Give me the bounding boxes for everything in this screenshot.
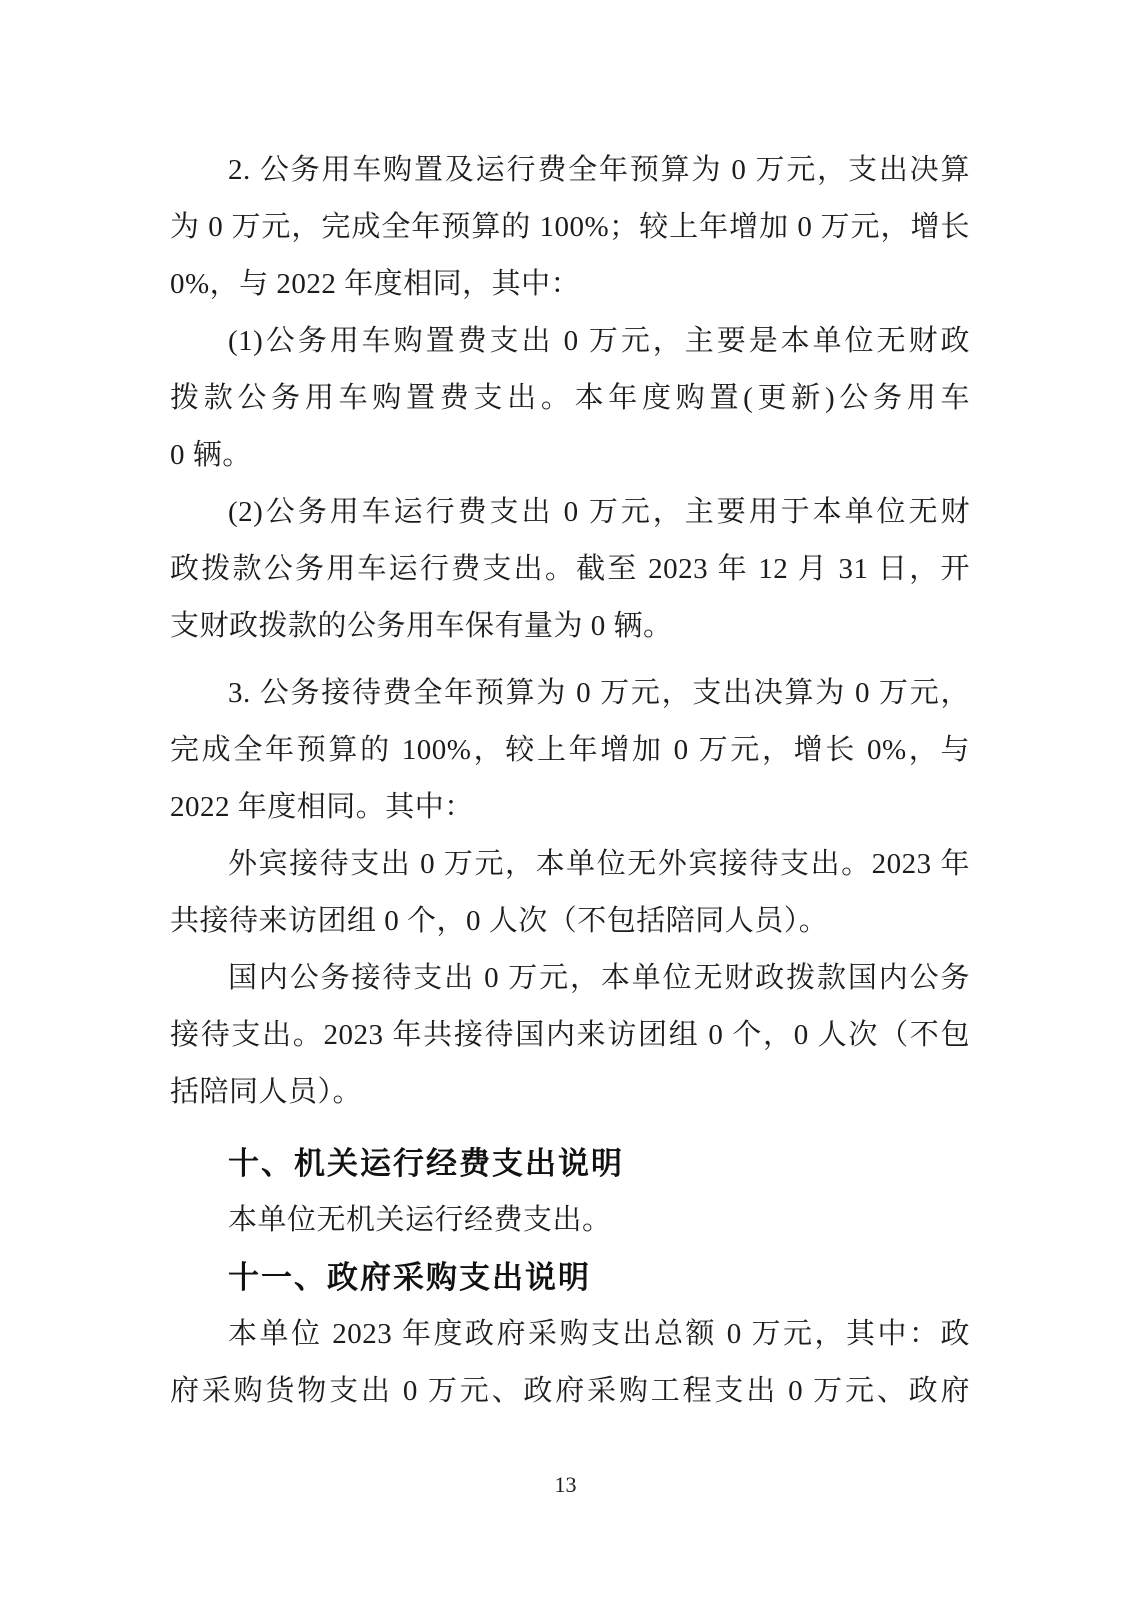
text-line: 本单位无机关运行经费支出。: [170, 1192, 970, 1249]
text-line: (2)公务用车运行费支出 0 万元，主要用于本单位无财: [170, 484, 970, 541]
text-line: 府采购货物支出 0 万元、政府采购工程支出 0 万元、政府: [170, 1363, 970, 1420]
text-line: 国内公务接待支出 0 万元，本单位无财政拨款国内公务: [170, 950, 970, 1007]
text-line: 支财政拨款的公务用车保有量为 0 辆。: [170, 598, 970, 655]
text-line: 拨款公务用车购置费支出。本年度购置(更新)公务用车: [170, 370, 970, 427]
text-line: 接待支出。2023 年共接待国内来访团组 0 个，0 人次（不包: [170, 1007, 970, 1064]
text-line: 完成全年预算的 100%，较上年增加 0 万元，增长 0%，与: [170, 722, 970, 779]
text-line: 政拨款公务用车运行费支出。截至 2023 年 12 月 31 日，开: [170, 541, 970, 598]
text-line: (1)公务用车购置费支出 0 万元，主要是本单位无财政: [170, 313, 970, 370]
section-heading: 十一、政府采购支出说明: [170, 1249, 970, 1306]
section-heading: 十、机关运行经费支出说明: [170, 1135, 970, 1192]
text-line: 2. 公务用车购置及运行费全年预算为 0 万元，支出决算: [170, 142, 970, 199]
document-content: 2. 公务用车购置及运行费全年预算为 0 万元，支出决算为 0 万元，完成全年预…: [170, 142, 970, 1420]
text-line: 共接待来访团组 0 个，0 人次（不包括陪同人员）。: [170, 893, 970, 950]
text-line: 为 0 万元，完成全年预算的 100%；较上年增加 0 万元，增长: [170, 199, 970, 256]
text-line: 0 辆。: [170, 427, 970, 484]
text-line: 3. 公务接待费全年预算为 0 万元，支出决算为 0 万元，: [170, 665, 970, 722]
text-line: 外宾接待支出 0 万元，本单位无外宾接待支出。2023 年: [170, 836, 970, 893]
document-page: 2. 公务用车购置及运行费全年预算为 0 万元，支出决算为 0 万元，完成全年预…: [0, 0, 1131, 1600]
text-line: 括陪同人员）。: [170, 1064, 970, 1121]
text-line: 0%，与 2022 年度相同，其中：: [170, 256, 970, 313]
page-number: 13: [0, 1472, 1131, 1498]
text-line: 2022 年度相同。其中：: [170, 779, 970, 836]
text-line: 本单位 2023 年度政府采购支出总额 0 万元，其中：政: [170, 1306, 970, 1363]
